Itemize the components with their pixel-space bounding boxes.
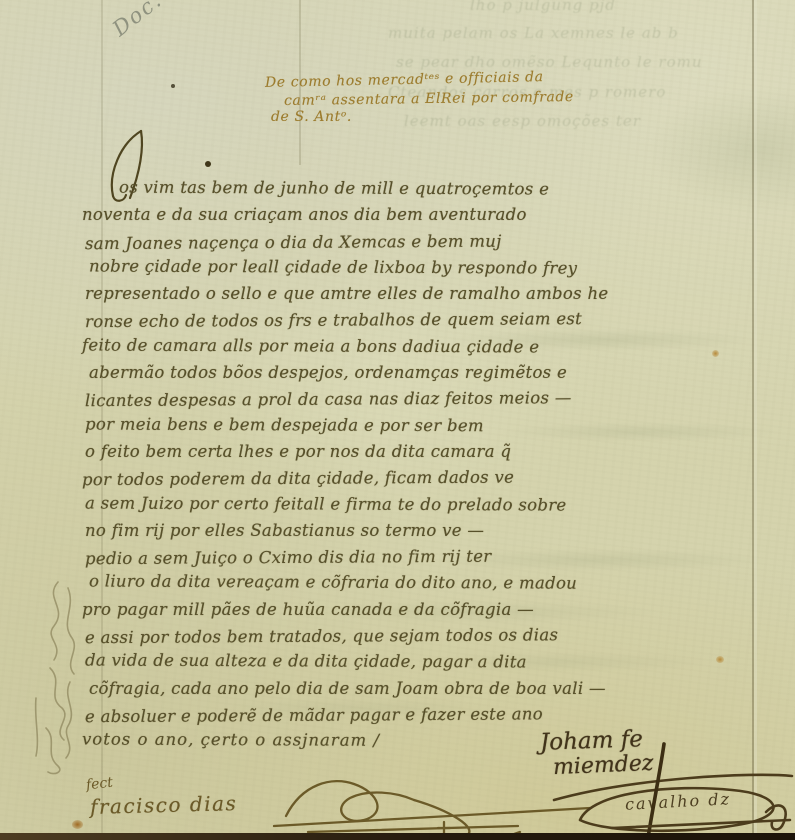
manuscript-line: o feito bem certa lhes e por nos da dita… (85, 439, 785, 465)
rubric-flourish-right (552, 742, 795, 840)
manuscript-line: sam Joanes naçença o dia da Xemcas e bem… (85, 226, 785, 257)
manuscript-line: os vim tas bem de junho de mill e quatro… (85, 174, 785, 203)
rubric-flourish-center (268, 770, 598, 840)
ghost-text-line: leemt oas eesp omoções ter (404, 112, 641, 130)
summary-header-line: camʳᵃ assentara a ElRei por comfrade (284, 89, 574, 109)
ghost-text-line: muita pelam os La xemnes le ab b (388, 24, 679, 42)
ghost-text-line: lho p julgung pjd (470, 0, 616, 14)
manuscript-body: os vim tas bem de junho de mill e quatro… (85, 176, 785, 755)
manuscript-line: a sem Juizo por certo feitall e firma te… (85, 490, 785, 519)
manuscript-line: licantes despesas a prol da casa nas dia… (85, 384, 785, 415)
wax-stain (72, 820, 83, 829)
manuscript-line: por meia bens e bem despejada e por ser … (85, 411, 785, 440)
manuscript-line: da vida de sua alteza e da dita çidade, … (85, 648, 785, 677)
manuscript-line: e absoluer e poderẽ de mãdar pagar e faz… (85, 700, 785, 731)
manuscript-line: representado o sello e que amtre elles d… (85, 281, 785, 307)
manuscript-line: pro pagar mill pães de huũa canada e da … (82, 597, 785, 623)
manuscript-line: ronse echo de todos os frs e trabalhos d… (85, 305, 785, 336)
manuscript-line: no fim rij por elles Sabastianus so term… (85, 518, 785, 544)
page-bottom-edge-shadow (0, 833, 795, 840)
manuscript-line: nobre çidade por leall çidade de lixboa … (89, 253, 785, 282)
manuscript-line: noventa e da sua criaçam anos dia bem av… (82, 202, 785, 228)
ghost-text-line: se pear dho omẽso Lequnto le romu (396, 53, 703, 71)
manuscript-line: e assi por todos bem tratados, que sejam… (85, 621, 785, 652)
manuscript-line: o liuro da dita vereaçam e cõfraria do d… (89, 569, 785, 598)
manuscript-scan: lho p julgung pjd muita pelam os La xemn… (0, 0, 795, 840)
manuscript-line: por todos poderem da dita çidade, ficam … (82, 463, 785, 494)
archive-number-pencil-note: Doc. 3. (108, 0, 209, 41)
notarial-note: fect (85, 775, 113, 794)
signature-francisco-dias: fracisco dias (90, 791, 238, 819)
ink-dot (205, 161, 211, 167)
manuscript-line: feito de camara alls por meia a bons dad… (82, 332, 785, 361)
manuscript-line: abermão todos bõos despejos, ordenamças … (89, 360, 785, 386)
marginalia-scribble (24, 578, 88, 778)
summary-header-line: de S. Antᵒ. (271, 109, 352, 125)
ink-dot (171, 84, 175, 88)
manuscript-line: cõfragia, cada ano pelo dia de sam Joam … (89, 676, 785, 702)
